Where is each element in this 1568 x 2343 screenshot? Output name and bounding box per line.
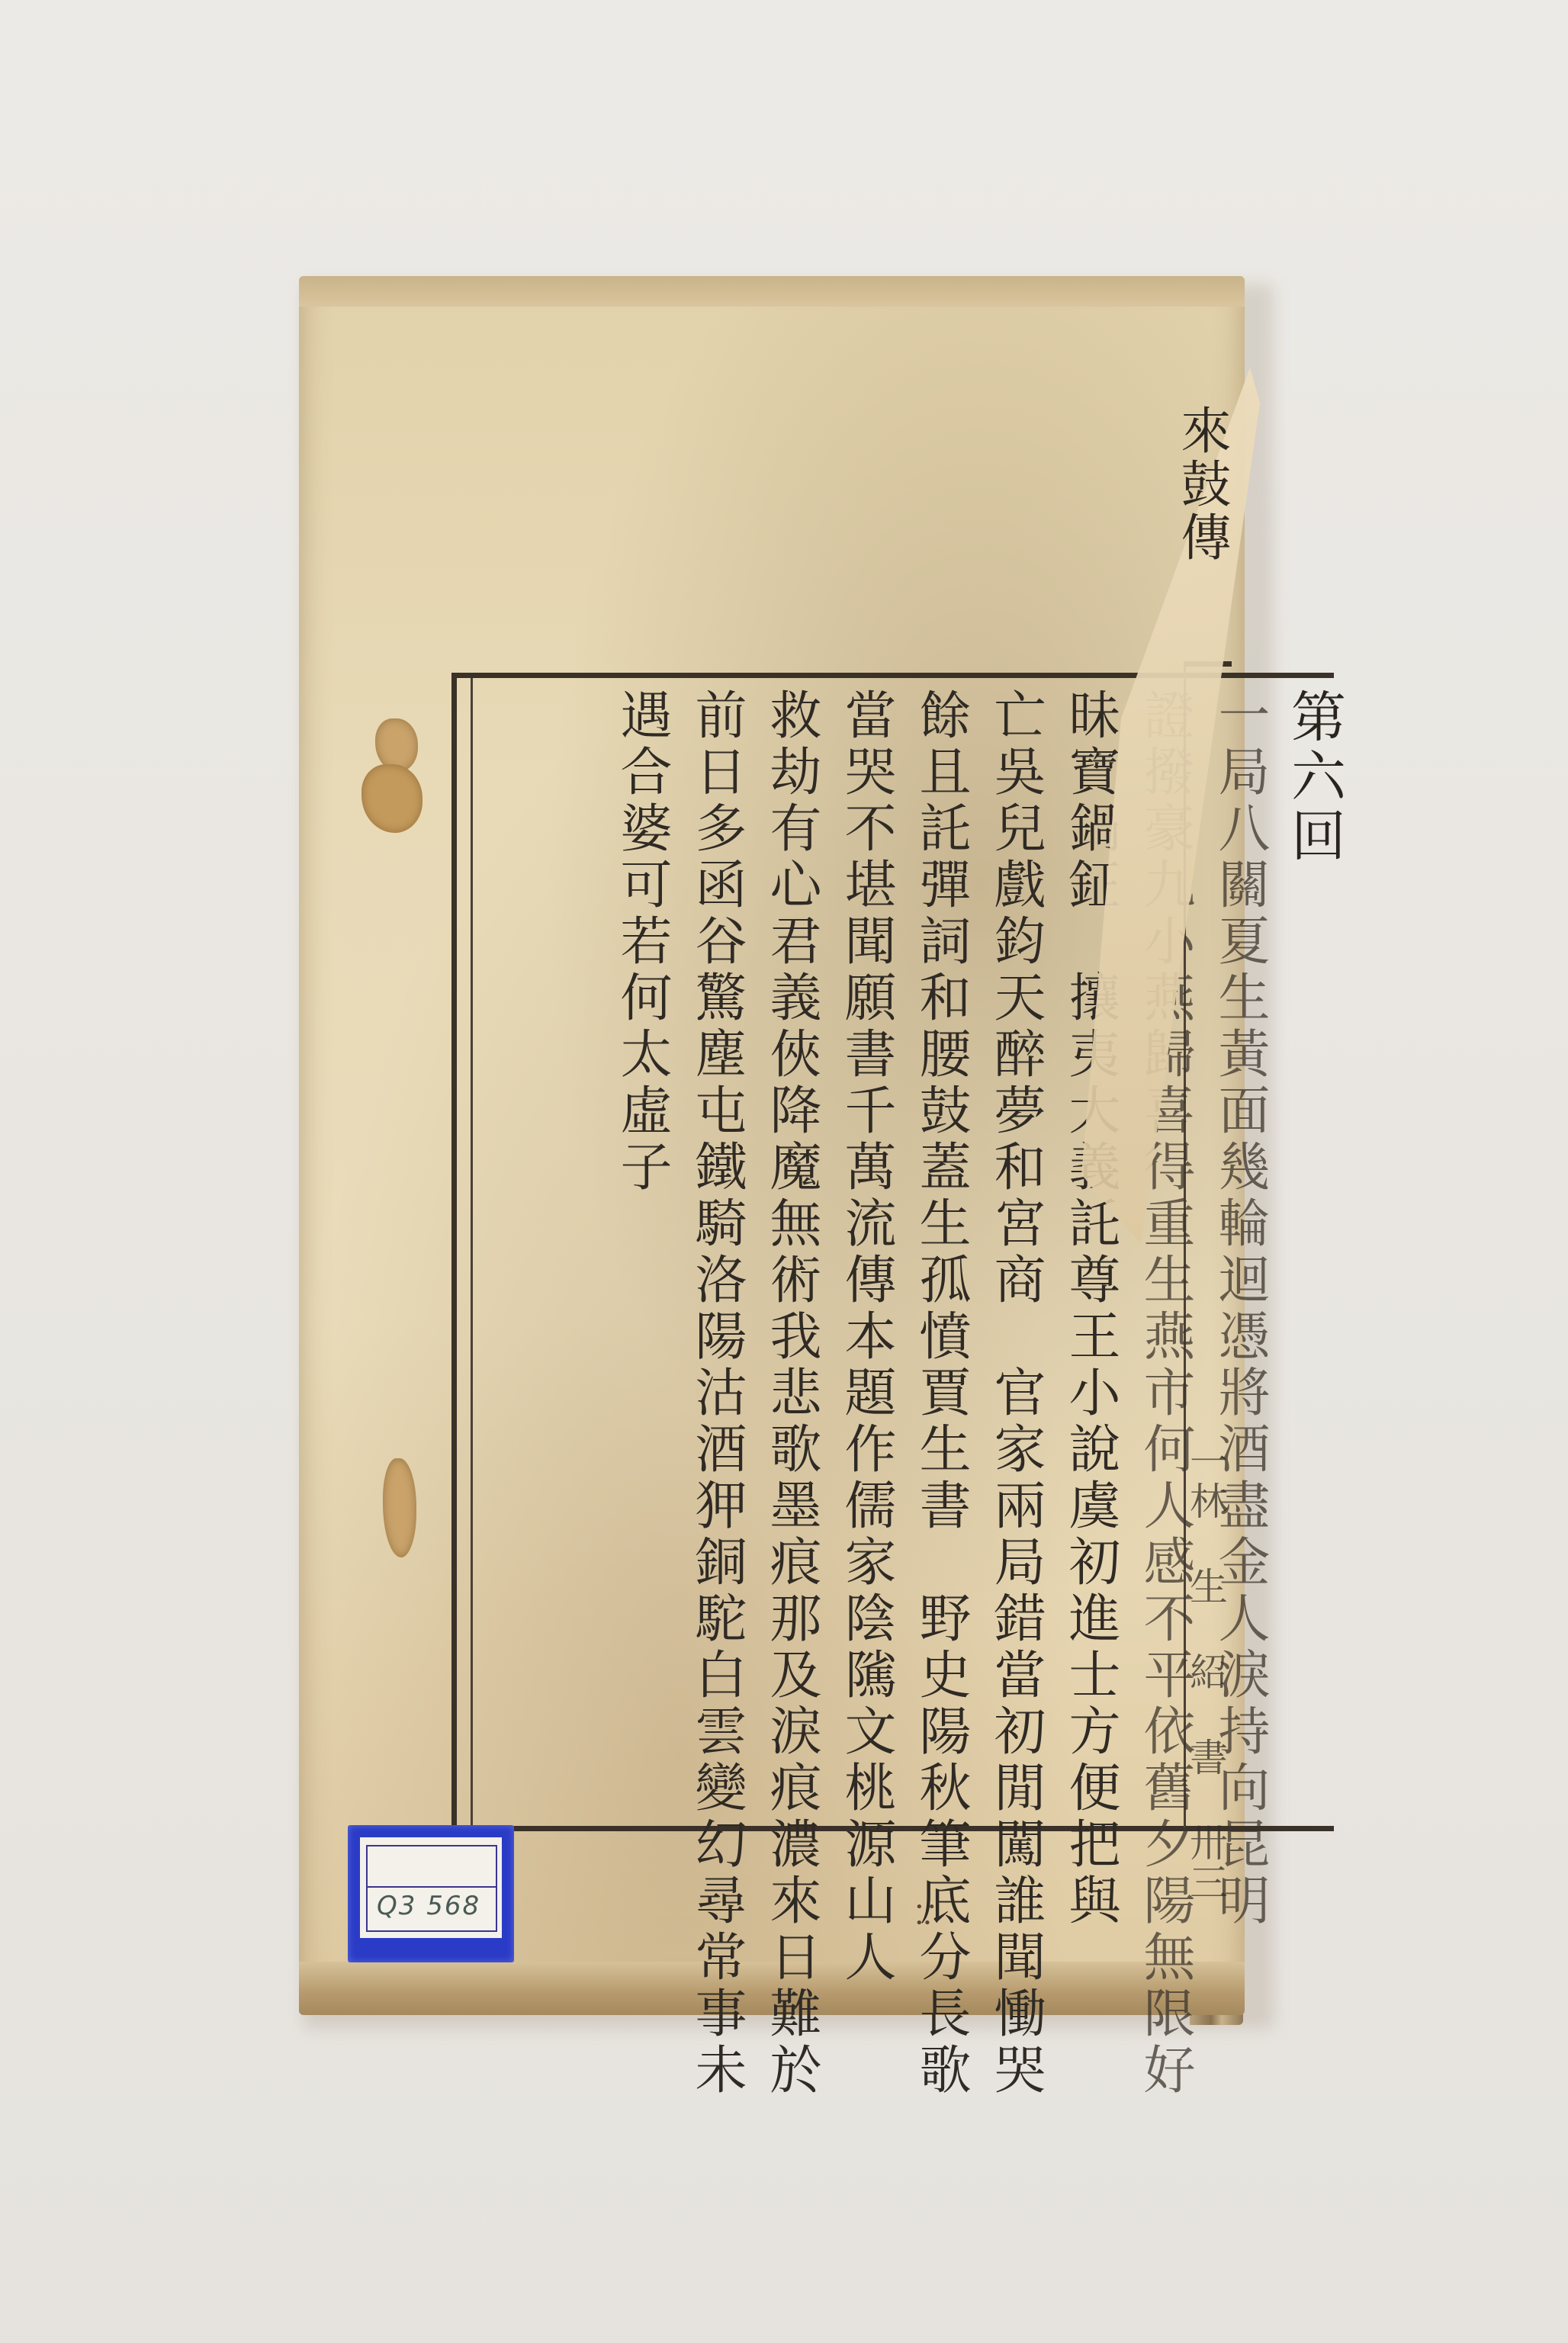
library-call-number-label: Q3 568 [348, 1825, 514, 1962]
book-page: 第六回 一局八關夏生黃面幾輪迴憑將酒盡金人淚持向昆明 證撥豪九小燕歸喜得重生燕市… [299, 276, 1245, 2015]
frame-inner-rule [471, 678, 473, 1826]
text-column: 餘且託彈詞和腰鼓蓋生孤憤賈生書 野史陽秋筆底分長歌 [903, 688, 978, 1809]
call-number: Q3 568 [377, 1891, 480, 1921]
page-margin-mark: 一林 生 紹 書 卅三 [1178, 1441, 1233, 1902]
label-divider [368, 1886, 496, 1888]
repair-patch-upper-2 [361, 764, 423, 833]
text-column: 遇合婆可若何太虛子 [604, 688, 679, 1809]
text-column: 前日多函谷驚塵屯鐵騎洛陽沽酒狎銅駝白雲變幻尋常事未 [679, 688, 753, 1809]
book-title-margin: 來鼓傳 [1165, 404, 1238, 564]
chapter-heading: 第六回 [1277, 688, 1351, 1809]
label-box: Q3 568 [366, 1845, 497, 1932]
text-column: 當哭不堪聞願書千萬流傳本題作儒家陰隲文桃源山人 [828, 688, 903, 1809]
text-column: 亡吳兒戲鈞天醉夢和宮商 官家兩局錯當初閒闖誰聞慟哭 [978, 688, 1052, 1809]
repair-patch-lower [383, 1458, 416, 1557]
text-column: 救劫有心君義俠降魔無術我悲歌墨痕那及淚痕濃來日難於 [753, 688, 828, 1809]
label-inner: Q3 568 [360, 1837, 502, 1938]
ink-stain-dots: • ••• [915, 1899, 936, 1931]
top-worn-edge [299, 276, 1245, 307]
